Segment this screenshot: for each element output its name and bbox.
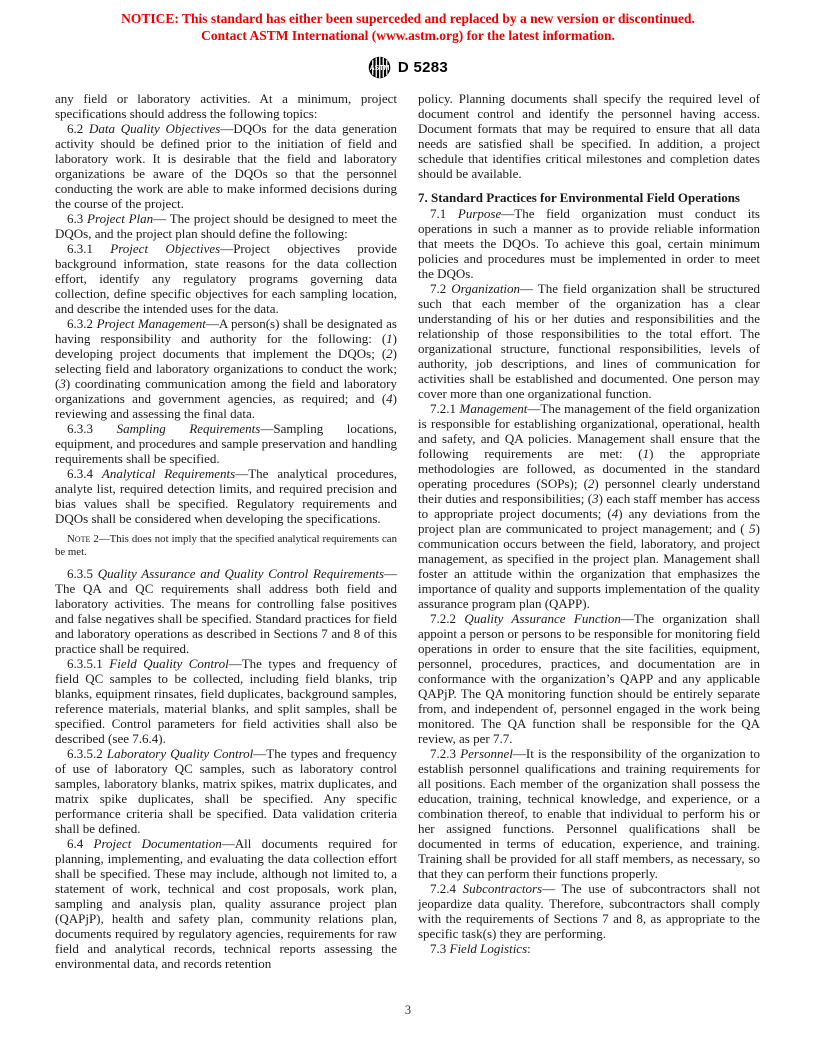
body-paragraph: 6.2 Data Quality Objectives—DQOs for the… — [55, 121, 397, 211]
body-paragraph: 7.2 Organization— The field organization… — [418, 281, 760, 401]
standard-designation: D 5283 — [398, 59, 448, 76]
note-paragraph: Note 2—This does not imply that the spec… — [55, 533, 397, 558]
body-paragraph: 7.2.1 Management—The management of the f… — [418, 401, 760, 611]
two-column-body: any field or laboratory activities. At a… — [55, 91, 761, 971]
body-paragraph: 6.3.3 Sampling Requirements—Sampling loc… — [55, 421, 397, 466]
document-page: NOTICE: This standard has either been su… — [0, 0, 816, 1056]
body-paragraph: 7.2.3 Personnel—It is the responsibility… — [418, 746, 760, 881]
body-paragraph: 7.2.4 Subcontractors— The use of subcont… — [418, 881, 760, 941]
designation-row: ASTM D 5283 — [0, 54, 816, 80]
body-paragraph: 7.1 Purpose—The field organization must … — [418, 206, 760, 281]
body-paragraph: 7.2.2 Quality Assurance Function—The org… — [418, 611, 760, 746]
supersession-notice: NOTICE: This standard has either been su… — [0, 10, 816, 44]
body-paragraph: 6.3.5.1 Field Quality Control—The types … — [55, 656, 397, 746]
notice-line-2: Contact ASTM International (www.astm.org… — [0, 27, 816, 44]
body-paragraph: 6.3.2 Project Management—A person(s) sha… — [55, 316, 397, 421]
body-paragraph: policy. Planning documents shall specify… — [418, 91, 760, 181]
body-paragraph: 7.3 Field Logistics: — [418, 941, 760, 956]
right-column: policy. Planning documents shall specify… — [418, 91, 760, 971]
body-paragraph: 6.4 Project Documentation—All documents … — [55, 836, 397, 971]
left-column: any field or laboratory activities. At a… — [55, 91, 397, 971]
astm-logo-icon: ASTM — [368, 56, 391, 79]
svg-text:ASTM: ASTM — [369, 65, 389, 72]
page-number: 3 — [0, 1003, 816, 1018]
body-paragraph: 6.3.4 Analytical Requirements—The analyt… — [55, 466, 397, 526]
body-paragraph: any field or laboratory activities. At a… — [55, 91, 397, 121]
body-paragraph: 6.3.5 Quality Assurance and Quality Cont… — [55, 566, 397, 656]
section-heading: 7. Standard Practices for Environmental … — [418, 190, 760, 205]
notice-line-1: NOTICE: This standard has either been su… — [0, 10, 816, 27]
body-paragraph: 6.3 Project Plan— The project should be … — [55, 211, 397, 241]
body-paragraph: 6.3.5.2 Laboratory Quality Control—The t… — [55, 746, 397, 836]
body-paragraph: 6.3.1 Project Objectives—Project objecti… — [55, 241, 397, 316]
